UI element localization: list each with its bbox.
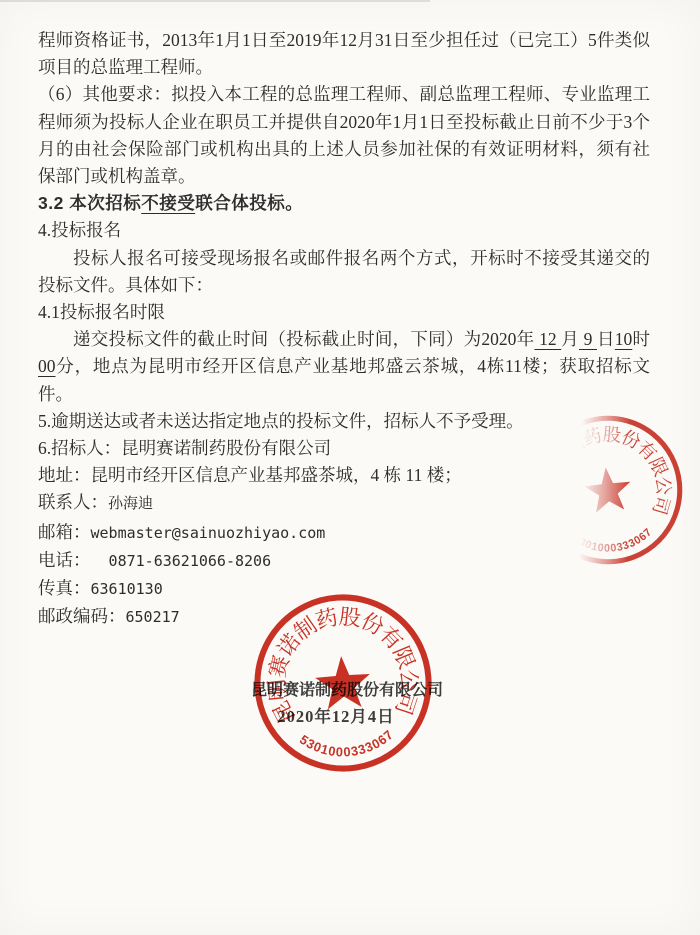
doc-paragraph-13: 电话： 0871-63621066-8206 [38,547,650,575]
text-segment: 3.2 本次招标 [38,193,141,213]
doc-paragraph-1: 程师资格证书，2013年1月1日至2019年12月31日至少担任过（已完工）5件… [38,27,650,81]
underlined-text: 9 [579,329,597,349]
doc-paragraph-15: 邮政编码：650217 [38,603,650,631]
underlined-text: 00 [38,356,56,376]
doc-paragraph-10: 地址：昆明市经开区信息产业基邦盛茶城，4 栋 11 楼； [38,462,650,489]
doc-paragraph-11: 联系人：孙海迪 [38,489,650,518]
underlined-text: 10 [615,329,633,349]
text-segment: 孙海迪 [108,496,153,512]
doc-paragraph-9: 6.招标人：昆明赛诺制药股份有限公司 [38,435,650,462]
text-segment: 4.投标报名 [38,220,121,240]
doc-paragraph-8: 5.逾期送达或者未送达指定地点的投标文件，招标人不予受理。 [38,408,650,435]
text-segment: 递交投标文件的截止时间（投标截止时间，下同）为2020年 [73,329,534,349]
doc-body: 程师资格证书，2013年1月1日至2019年12月31日至少担任过（已完工）5件… [38,27,650,631]
text-segment: 联合体投标。 [195,193,303,213]
text-segment: 传真： [38,578,91,598]
text-segment: 日 [597,329,615,349]
text-segment: webmaster@sainuozhiyao.com [91,524,326,542]
scanned-document-page: 程师资格证书，2013年1月1日至2019年12月31日至少担任过（已完工）5件… [0,0,700,935]
doc-paragraph-7: 递交投标文件的截止时间（投标截止时间，下同）为2020年 12 月 9 日10时… [38,326,650,408]
doc-paragraph-2: （6）其他要求：拟投入本工程的总监理工程师、副总监理工程师、专业监理工程师须为投… [38,81,650,190]
stamp-overlay-company-name: 昆明赛诺制药股份有限公司 [251,677,443,700]
underlined-text: 12 [534,329,561,349]
text-segment: 投标人报名可接受现场报名或邮件报名两个方式，开标时不接受其递交的投标文件。具体如… [38,248,650,295]
text-segment: 5.逾期送达或者未送达指定地点的投标文件，招标人不予受理。 [38,411,524,431]
underlined-text: 不接受 [141,193,195,213]
doc-paragraph-14: 传真：63610130 [38,575,650,603]
svg-text:5301000333067: 5301000333067 [296,725,398,762]
text-segment: 程师资格证书，2013年1月1日至2019年12月31日至少担任过（已完工）5件… [38,30,650,77]
text-segment: 时 [632,329,650,349]
doc-paragraph-3: 3.2 本次招标不接受联合体投标。 [38,190,650,217]
doc-paragraph-4: 4.投标报名 [38,217,650,244]
stamp-overlay-date: 2020年12月4日 [277,703,394,727]
doc-paragraph-6: 4.1投标报名时限 [38,299,650,326]
text-segment: 联系人： [38,492,108,512]
text-segment: 63610130 [91,580,163,598]
text-segment: 650217 [126,608,180,626]
text-segment: 4.1投标报名时限 [38,302,165,322]
text-segment: 地址：昆明市经开区信息产业基邦盛茶城，4 栋 11 楼； [38,465,462,485]
text-segment: 月 [561,329,579,349]
text-segment: 邮政编码： [38,606,126,626]
text-segment: （6）其他要求：拟投入本工程的总监理工程师、副总监理工程师、专业监理工程师须为投… [38,84,650,186]
text-segment: 0871-63621066-8206 [91,552,272,570]
text-segment: 分，地点为昆明市经开区信息产业基地邦盛云茶城，4栋11楼；获取招标文件。 [38,356,650,403]
text-segment: 电话： [38,550,91,570]
text-segment: 邮箱： [38,522,91,542]
doc-paragraph-12: 邮箱：webmaster@sainuozhiyao.com [38,519,650,547]
doc-paragraph-5: 投标人报名可接受现场报名或邮件报名两个方式，开标时不接受其递交的投标文件。具体如… [38,245,650,299]
text-segment: 6.招标人：昆明赛诺制药股份有限公司 [38,438,331,458]
